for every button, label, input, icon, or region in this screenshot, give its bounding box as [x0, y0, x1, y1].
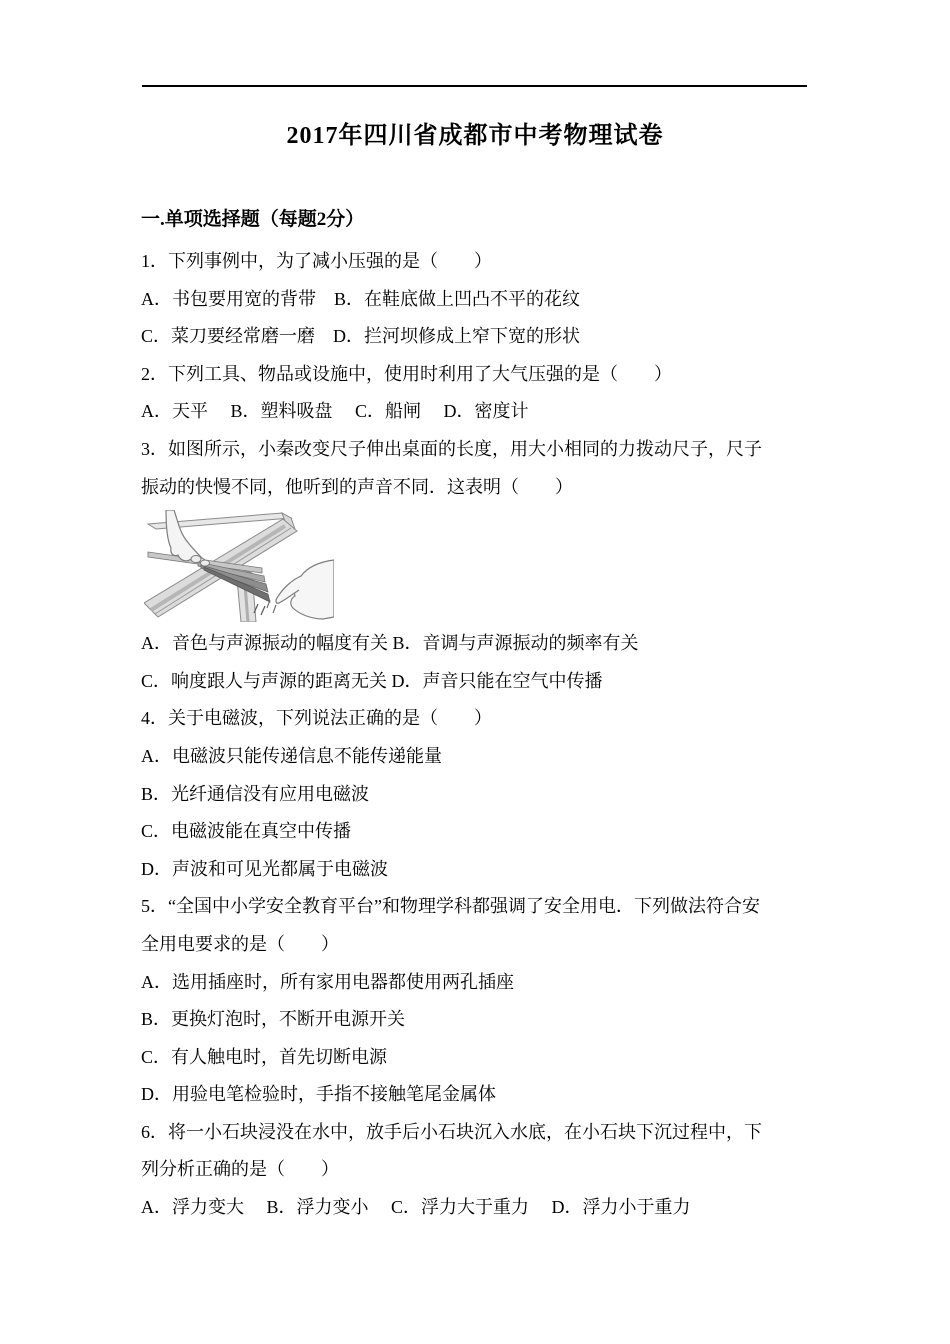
- question-4-option-b: B．光纤通信没有应用电磁波: [141, 776, 821, 814]
- question-5-option-b: B．更换灯泡时，不断开电源开关: [141, 1001, 821, 1039]
- page-title: 2017年四川省成都市中考物理试卷: [0, 121, 950, 151]
- question-3-options-row-2: C．响度跟人与声源的距离无关 D．声音只能在空气中传播: [141, 663, 821, 701]
- question-2-stem: 2．下列工具、物品或设施中，使用时利用了大气压强的是（ ）: [141, 356, 821, 394]
- question-1-options-row-1: A．书包要用宽的背带 B．在鞋底做上凹凸不平的花纹: [141, 281, 821, 319]
- question-6-options-row: A．浮力变大 B．浮力变小 C．浮力大于重力 D．浮力小于重力: [141, 1189, 821, 1227]
- question-4-stem: 4．关于电磁波，下列说法正确的是（ ）: [141, 700, 821, 738]
- question-4-option-a: A．电磁波只能传递信息不能传递能量: [141, 738, 821, 776]
- question-5-option-c: C．有人触电时，首先切断电源: [141, 1039, 821, 1077]
- question-5-option-a: A．选用插座时，所有家用电器都使用两孔插座: [141, 964, 821, 1002]
- exam-page: 2017年四川省成都市中考物理试卷 一.单项选择题（每题2分） 1．下列事例中，…: [0, 0, 950, 1344]
- question-4-option-d: D．声波和可见光都属于电磁波: [141, 851, 821, 889]
- question-1-stem: 1．下列事例中，为了减小压强的是（ ）: [141, 243, 821, 281]
- question-6-stem-line-1: 6．将一小石块浸没在水中，放手后小石块沉入水底，在小石块下沉过程中，下: [141, 1114, 821, 1152]
- section-heading: 一.单项选择题（每题2分）: [141, 207, 364, 233]
- question-2-options-row: A．天平 B．塑料吸盘 C．船闸 D．密度计: [141, 393, 821, 431]
- question-6-stem-line-2: 列分析正确的是（ ）: [141, 1151, 821, 1189]
- question-5-stem-line-2: 全用电要求的是（ ）: [141, 926, 821, 964]
- question-3-stem-line-2: 振动的快慢不同，他听到的声音不同．这表明（ ）: [141, 469, 821, 507]
- header-rule: [142, 85, 807, 87]
- question-5-option-d: D．用验电笔检验时，手指不接触笔尾金属体: [141, 1076, 821, 1114]
- question-3-stem-line-1: 3．如图所示，小秦改变尺子伸出桌面的长度，用大小相同的力拨动尺子，尺子: [141, 431, 821, 469]
- ruler-vibration-illustration: [144, 510, 334, 622]
- question-4-option-c: C．电磁波能在真空中传播: [141, 813, 821, 851]
- question-3-figure: [144, 510, 821, 622]
- question-1-options-row-2: C．菜刀要经常磨一磨 D．拦河坝修成上窄下宽的形状: [141, 318, 821, 356]
- question-5-stem-line-1: 5．“全国中小学安全教育平台”和物理学科都强调了安全用电．下列做法符合安: [141, 888, 821, 926]
- exam-content: 1．下列事例中，为了减小压强的是（ ） A．书包要用宽的背带 B．在鞋底做上凹凸…: [141, 243, 821, 1227]
- question-3-options-row-1: A．音色与声源振动的幅度有关 B．音调与声源振动的频率有关: [141, 625, 821, 663]
